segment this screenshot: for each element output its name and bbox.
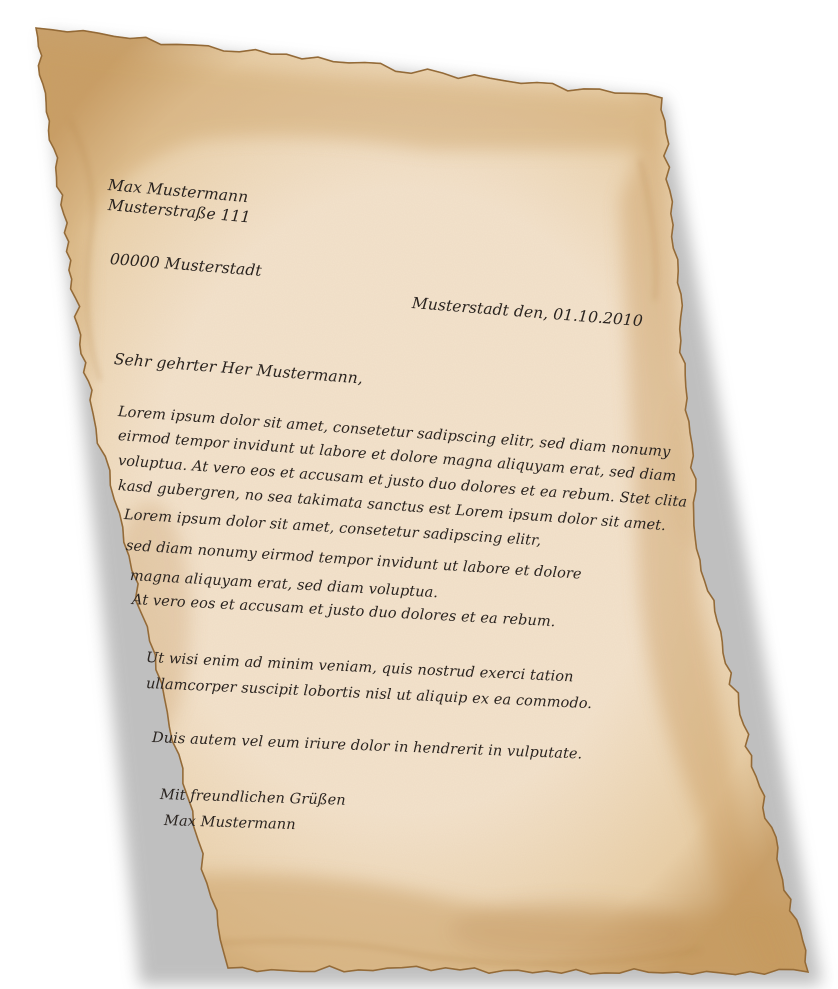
letter-stage: Max Mustermann Musterstraße 111 00000 Mu… xyxy=(0,0,838,989)
